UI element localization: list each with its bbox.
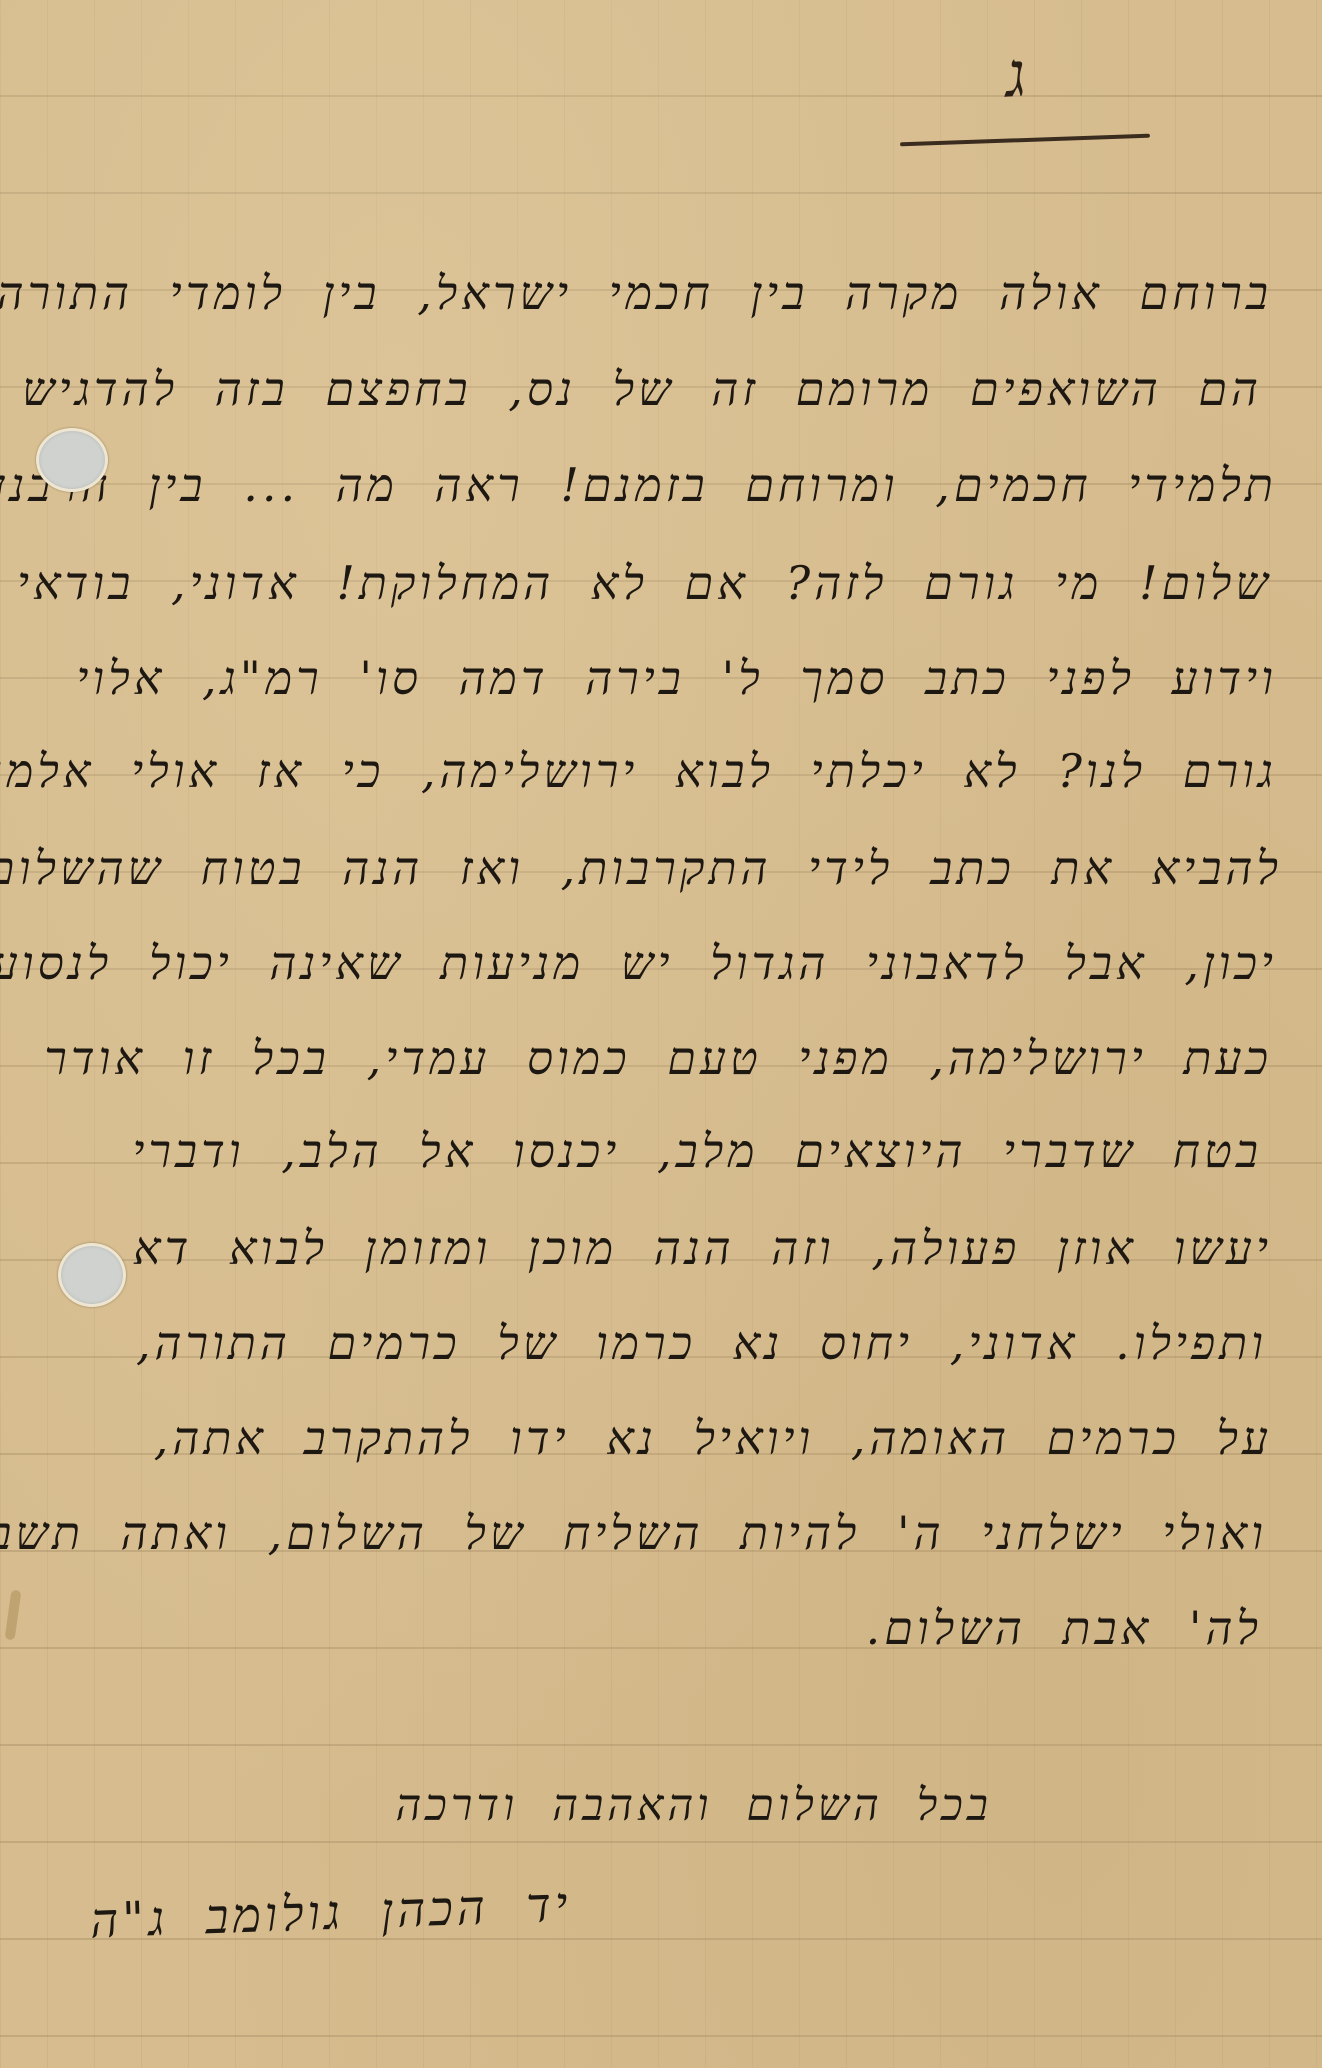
letter-line: גורם לנו? לא יכלתי לבוא ירושלימה, כי אז … <box>0 748 1277 794</box>
page-number-underline <box>900 134 1150 147</box>
letter-line: על כרמים האומה, ויואיל נא ידו להתקרב אתה… <box>154 1415 1272 1461</box>
punch-hole <box>36 428 108 492</box>
letter-line: תלמידי חכמים, ומרוחם בזמנם! ראה מה ... ב… <box>0 462 1277 508</box>
letter-line: ברוחם אולה מקרה בין חכמי ישראל, בין לומד… <box>0 270 1272 316</box>
letter-line: יעשו אוזן פעולה, וזה הנה מוכן ומזומן לבו… <box>133 1225 1272 1271</box>
letter-line: לה' אבת השלום. <box>866 1605 1262 1651</box>
letter-line: וידוע לפני כתב סמך ל' בירה דמה סו' רמ"ג,… <box>76 655 1277 701</box>
letter-signature: יד הכהן גולומב ג"ה <box>89 1877 572 1950</box>
paper-stain <box>5 1590 22 1641</box>
punch-hole <box>58 1243 126 1307</box>
page-number: ג <box>1002 37 1028 112</box>
letter-closing: בכל השלום והאהבה ודרכה <box>395 1780 992 1831</box>
letter-line: להביא את כתב לידי התקרבות, ואז הנה בטוח … <box>0 845 1282 891</box>
letter-line: ותפילו. אדוני, יחוס נא כרמו של כרמים התו… <box>136 1320 1267 1366</box>
letter-line: כעת ירושלימה, מפני טעם כמוס עמדי, בכל זו… <box>44 1035 1272 1081</box>
letter-line: ואולי ישלחני ה' להיות השליח של השלום, וא… <box>0 1510 1267 1556</box>
letter-line: שלום! מי גורם לזה? אם לא המחלוקת! אדוני,… <box>0 560 1272 606</box>
letter-line: הם השואפים מרומם זה של נס, בחפצם בזה להד… <box>0 366 1262 412</box>
letter-line: יכון, אבל לדאבוני הגדול יש מניעות שאינה … <box>0 940 1277 986</box>
letter-line: בטח שדברי היוצאים מלב, יכנסו אל הלב, ודב… <box>132 1128 1262 1174</box>
letter-page: ג ברוחם אולה מקרה בין חכמי ישראל, בין לו… <box>0 0 1322 2068</box>
